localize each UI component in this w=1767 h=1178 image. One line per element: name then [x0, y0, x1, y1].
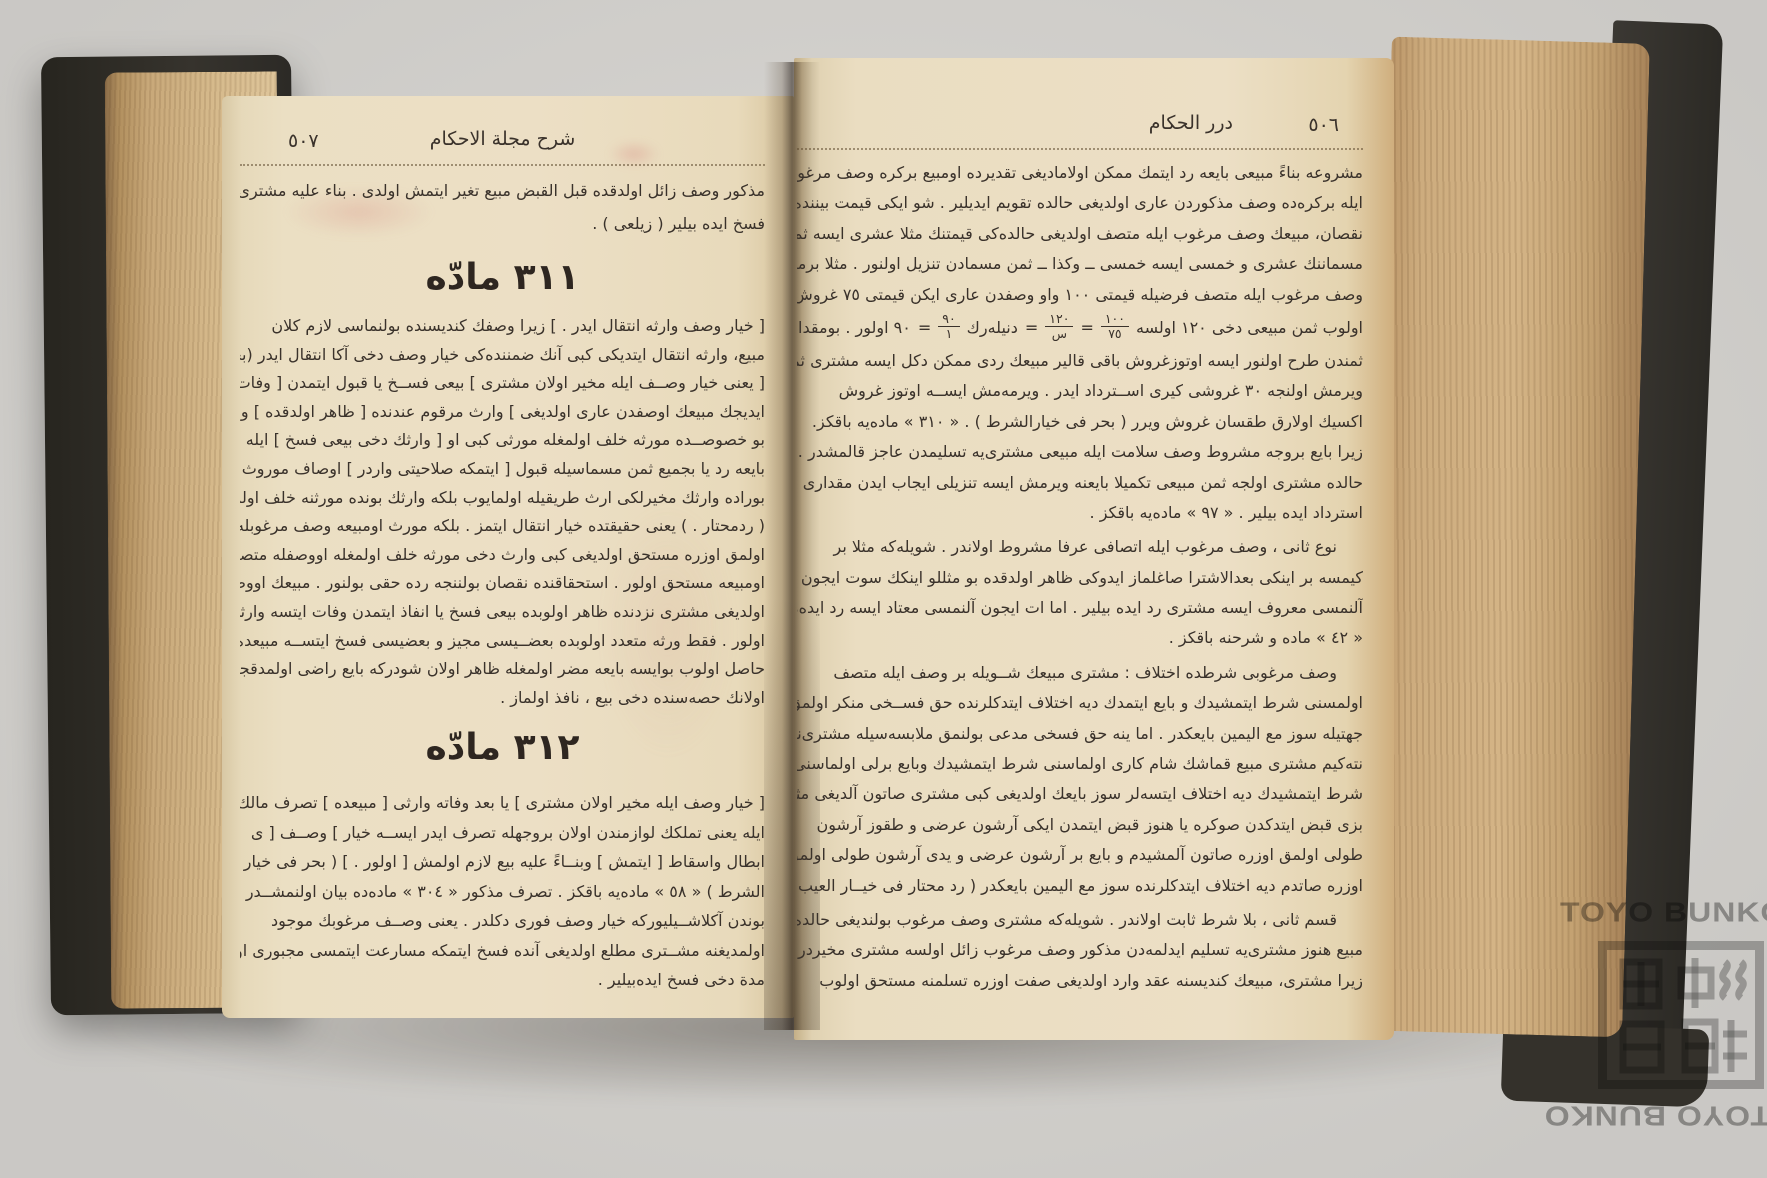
text-line: اكسيك اولارق طقسان غروش ويرر ( بحر فى خي… — [797, 407, 1363, 437]
text-line: ويرمش اولنجه ٣٠ غروشى كيرى اســترداد ايد… — [797, 376, 1363, 406]
text-line: ثمندن طرح اولنور ايسه اوتوزغروش باقى قال… — [797, 346, 1363, 376]
text-line: اومبيعه مستحق اولور . استحقاقنده نقصان ب… — [240, 569, 765, 598]
text-line: اولديغى مشترى نزدنده ظاهر اولوبده بيعى ف… — [240, 598, 765, 627]
article-word: مادّه — [425, 727, 501, 768]
right-page-text: ٥٠٦ درر الحكام مشروعه بناءً مبيعى بايعه … — [797, 112, 1363, 996]
text-line: مشروعه بناءً مبيعى بايعه رد ايتمك ممكن ا… — [797, 158, 1363, 188]
text-line: نقصان، مبيعك وصف مرغوب ايله متصف اولديغى… — [797, 219, 1363, 249]
right-page-edge-stack — [1364, 37, 1650, 1038]
text-line: ايديجك مبيعك اوصفدن عارى اولديغى ] وارث … — [240, 398, 765, 427]
header-rule — [240, 164, 765, 166]
text-line: ايله بركره‌ده وصف مذكوردن عارى اولديغى ح… — [797, 188, 1363, 218]
text-line: استرداد ايده بيلير . « ٩٧ » ماده‌يه باقك… — [797, 498, 1363, 528]
text-line: بوراده وارثك مخيرلكى ارث طريقيله اولمايو… — [240, 484, 765, 513]
text-line: اولمديغنه مشــترى مطلع اولديغى آنده فسخ … — [240, 936, 765, 966]
text-line: فسخ ايده بيلير ( زيلعى ) . — [240, 207, 765, 240]
text-line: اولمسنى شرط ايتمشيدك و بايع ايتمدك ديه ا… — [797, 688, 1363, 718]
equals-sign: = — [1080, 313, 1093, 343]
text-line: ( ردمحتار . ) يعنى حقيقتده خيار انتقال ا… — [240, 512, 765, 541]
fraction-90-1: ٩٠ ١ — [938, 312, 959, 341]
text-line: [ خيار وصف ايله مخير اولان مشترى ] يا بع… — [240, 788, 765, 818]
text-line: حالده مشترى اولجه ثمن مبيعى تكميلا بايعن… — [797, 468, 1363, 498]
formula-mid-text: دنيله‌رك — [967, 313, 1018, 343]
text-line: وصف مرغوبى شرطده اختلاف : مشترى مبيعك شـ… — [797, 658, 1363, 688]
formula-post-text: ٩٠ اولور . بومقدار — [797, 313, 911, 343]
text-line: اولمق اوزره مستحق اولديغى كبى وارث دخى م… — [240, 541, 765, 570]
article-word: مادّه — [425, 257, 501, 298]
text-line: مبيع، وارثه انتقال ايتديكى كبى آنك ضمنند… — [240, 341, 765, 370]
text-line: اولانك حصه‌سنده دخى بيع ، نافذ اولماز . — [240, 684, 765, 713]
text-line: « ٤٢ » ماده و شرحنه باقكز . — [797, 623, 1363, 653]
text-line: طولى اولمق اوزره صاتون آلمشيدم و بايع بر… — [797, 840, 1363, 870]
formula-pre-text: اولوب ثمن مبيعى دخى ١٢٠ اولسه — [1136, 313, 1363, 343]
text-line: حاصل اولوب بوايسه بايعه مضر اولمغله ظاهر… — [240, 655, 765, 684]
text-line: [ خيار وصف وارثه انتقال ايدر . ] زيرا وص… — [240, 312, 765, 341]
equals-sign: = — [1025, 313, 1038, 343]
text-line: بزى قبض ايتدكدن صوكره يا هنوز قبض ايتمدن… — [797, 810, 1363, 840]
left-intro-paragraph: مذكور وصف زائل اولدقده قبل القبض مبيع تغ… — [240, 174, 765, 240]
fraction-120-x: ١٢٠ س — [1045, 312, 1073, 341]
text-line: ابطال واسقاط [ ايتمش ] وبنــاءً عليه بيع… — [240, 847, 765, 877]
left-page-header-title: شرح مجلة الاحكام — [240, 128, 765, 150]
text-line: الشرط ) « ٥٨ » ماده‌يه باقكز . تصرف مذكو… — [240, 877, 765, 907]
text-line: مذكور وصف زائل اولدقده قبل القبض مبيع تغ… — [240, 174, 765, 207]
text-line: آلنمسى معروف ايسه مشترى رد ايده بيلير . … — [797, 593, 1363, 623]
text-line: [ يعنى خيار وصــف ايله مخير اولان مشترى … — [240, 369, 765, 398]
text-line: ايله يعنى تملكك لوازمندن اولان بروجهله ت… — [240, 818, 765, 848]
book-photo: ٥٠٧ شرح مجلة الاحكام مذكور وصف زائل اولد… — [0, 0, 1767, 1178]
fraction-100-75: ١٠٠ ٧٥ — [1101, 312, 1129, 341]
text-line: زيرا بايع بروجه مشروط وصف سلامت ايله مبي… — [797, 437, 1363, 467]
text-line: كيمسه بر اينكى بعدالاشترا صاغلماز ايدوكى… — [797, 563, 1363, 593]
text-line: اوزره صاتدم ديه اختلاف ايتدكلرنده سوز مع… — [797, 871, 1363, 901]
right-page-header-title: درر الحكام — [1149, 112, 1233, 134]
text-line: مسماننك عشرى و خمسى ايسه خمسى ــ وكذا ــ… — [797, 249, 1363, 279]
right-body-bottom: ثمندن طرح اولنور ايسه اوتوزغروش باقى قال… — [797, 346, 1363, 996]
right-page-header: ٥٠٦ درر الحكام — [797, 112, 1363, 148]
text-line: بو خصوصــده مورثه خلف اولمغله مورثى كبى … — [240, 426, 765, 455]
article-number: ٣١٢ — [514, 727, 580, 768]
header-rule — [797, 148, 1363, 150]
left-page-header: ٥٠٧ شرح مجلة الاحكام — [240, 128, 765, 164]
text-line: مدة دخى فسخ ايده‌بيلير . — [240, 965, 765, 995]
text-line: نوع ثانى ، وصف مرغوب ايله اتصافى عرفا مش… — [797, 532, 1363, 562]
equals-sign: = — [918, 313, 931, 343]
right-body-top: مشروعه بناءً مبيعى بايعه رد ايتمك ممكن ا… — [797, 158, 1363, 310]
article-311-body: [ خيار وصف وارثه انتقال ايدر . ] زيرا وص… — [240, 312, 765, 712]
text-line: بوندن آكلاشــيليوركه خيار وصف فورى دكلدر… — [240, 906, 765, 936]
article-number: ٣١١ — [514, 257, 580, 298]
text-line: نته‌كيم مشترى مبيع قماشك شام كارى اولماس… — [797, 749, 1363, 779]
right-page-number: ٥٠٦ — [1308, 114, 1339, 136]
text-line: اولور . فقط ورثه متعدد اولوبده بعضــيسى … — [240, 627, 765, 656]
article-312-heading: ٣١٢ مادّه — [240, 720, 765, 776]
text-line: بايعه رد يا بجميع ثمن مسماسيله قبول [ اي… — [240, 455, 765, 484]
text-line: شرط ايتمشيدك ديه اختلاف ايتسه‌لر سوز باي… — [797, 779, 1363, 809]
text-line: زيرا مشترى، مبيعك كنديسنه عقد وارد اولدي… — [797, 966, 1363, 996]
text-line: وصف مرغوب ايله متصف فرضيله قيمتى ١٠٠ واو… — [797, 280, 1363, 310]
text-line: قسم ثانى ، بلا شرط ثابت اولاندر . شويله‌… — [797, 905, 1363, 935]
text-line: جهتيله سوز مع اليمين بايعكدر . اما ينه ح… — [797, 719, 1363, 749]
price-formula-line: اولوب ثمن مبيعى دخى ١٢٠ اولسه ١٠٠ ٧٥ = ١… — [797, 310, 1363, 346]
article-311-heading: ٣١١ مادّه — [240, 250, 765, 306]
text-line: مبيع هنوز مشترى‌يه تسليم ايدلمه‌دن مذكور… — [797, 935, 1363, 965]
article-312-body: [ خيار وصف ايله مخير اولان مشترى ] يا بع… — [240, 788, 765, 995]
left-page-text: ٥٠٧ شرح مجلة الاحكام مذكور وصف زائل اولد… — [240, 128, 765, 995]
